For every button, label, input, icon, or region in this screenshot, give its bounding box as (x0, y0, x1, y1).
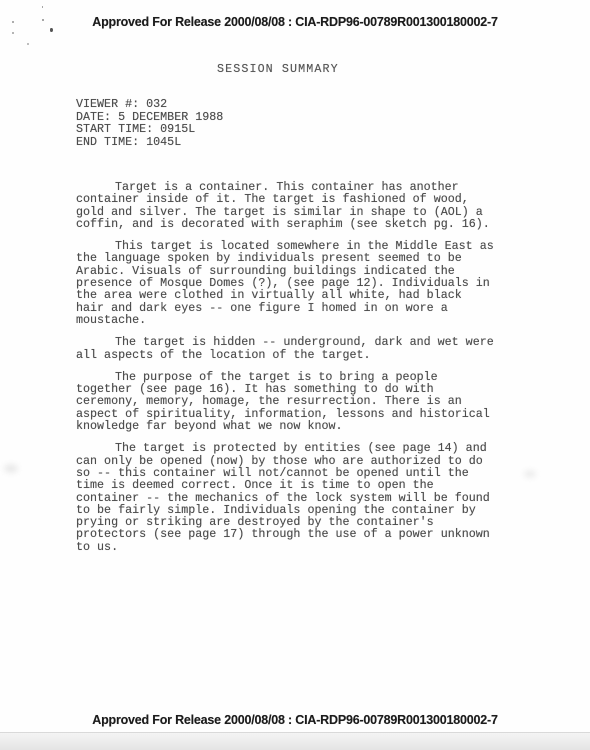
approval-stamp-footer: Approved For Release 2000/08/08 : CIA-RD… (0, 713, 590, 727)
scanned-document-page: Approved For Release 2000/08/08 : CIA-RD… (0, 0, 590, 750)
document-title: SESSION SUMMARY (217, 62, 339, 76)
paragraph-target-purpose: The purpose of the target is to bring a … (76, 371, 556, 432)
scan-speck (12, 32, 14, 34)
scan-speck (27, 43, 29, 45)
scan-speck (12, 21, 14, 23)
paragraph-target-hidden: The target is hidden -- underground, dar… (76, 336, 556, 361)
session-info-block: VIEWER #: 032 DATE: 5 DECEMBER 1988 STAR… (76, 98, 223, 148)
document-body: Target is a container. This container ha… (76, 181, 556, 563)
scan-speck (42, 6, 43, 8)
paragraph-target-protection: The target is protected by entities (see… (76, 442, 556, 553)
scan-speck (42, 19, 44, 21)
approval-stamp-header: Approved For Release 2000/08/08 : CIA-RD… (0, 15, 590, 29)
scan-speck (50, 28, 53, 32)
scan-smudge (4, 464, 18, 473)
paragraph-target-location: This target is located somewhere in the … (76, 240, 556, 326)
scan-edge-gradient (0, 732, 590, 750)
paragraph-target-description: Target is a container. This container ha… (76, 181, 556, 230)
